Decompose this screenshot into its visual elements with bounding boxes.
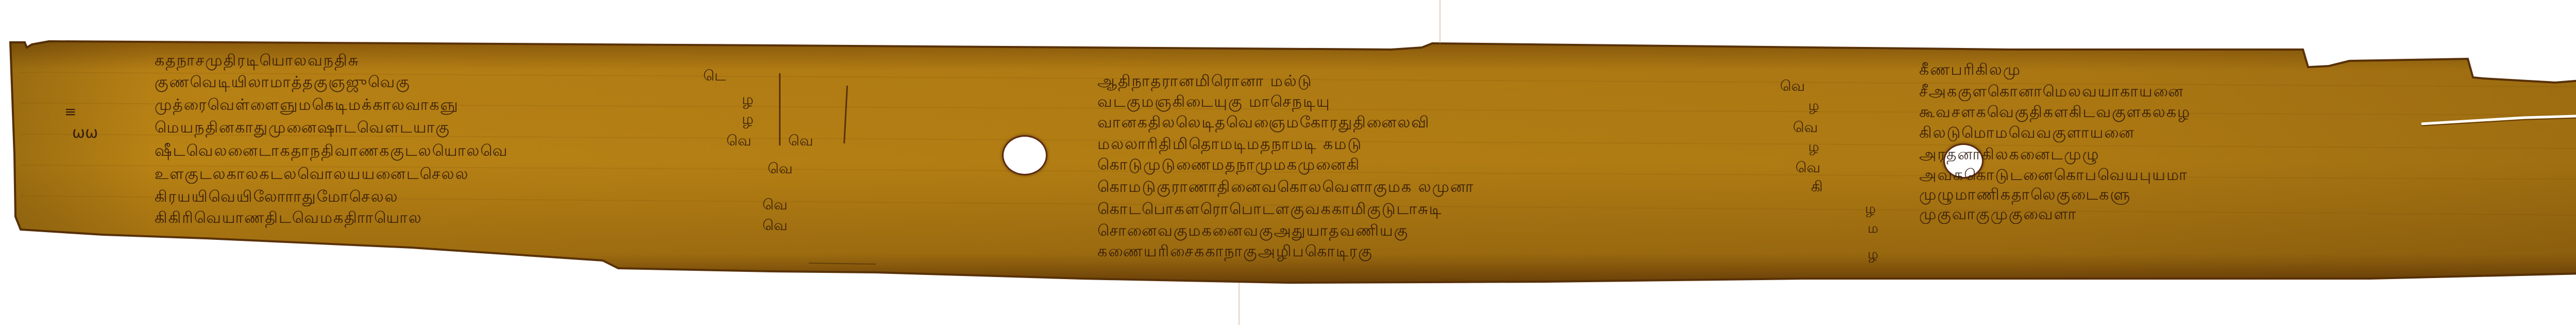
text-line: முழுமாணிகதாலெகுடைகளு bbox=[1919, 186, 2131, 206]
text-line: கொமடுகுராணாதினைவகொலவெளாகுமக லமுனா bbox=[1097, 178, 1475, 198]
line-end-mark: ழ bbox=[742, 91, 754, 110]
line-end-mark: வெ bbox=[726, 132, 752, 151]
line-end-mark: ழ bbox=[1865, 201, 1876, 218]
line-end-mark: வெ bbox=[762, 196, 788, 215]
text-line: அவககொடுடனைகொபவெயபுயமா bbox=[1919, 166, 2188, 186]
text-line: ஆதிநாதரானமிரொனா மல்டு bbox=[1097, 72, 1312, 92]
text-line: கீணபரிகிலமு bbox=[1919, 61, 2021, 81]
line-end-mark: வெ bbox=[1793, 119, 1818, 138]
text-line: குணவெடியிலாமாத்தகுஞஜுவெகு bbox=[155, 73, 411, 93]
text-line: மெயநதினகாதுமுனைஷாடவெளடயாகு bbox=[155, 119, 450, 139]
margin-mark-scribble: ωω bbox=[72, 124, 98, 142]
text-line: சீஅககுளகொனாமெலவயாகாயனை bbox=[1919, 83, 2184, 103]
line-end-mark: ழ bbox=[1808, 98, 1819, 115]
margin-mark-lines: ≡ bbox=[64, 103, 76, 120]
bracket-rule bbox=[779, 73, 781, 145]
line-end-mark: ழ bbox=[1868, 247, 1878, 264]
text-line: முத்ரைவெள்ளைஞுமகெடிமக்காலவாகஞு bbox=[155, 96, 459, 116]
text-line: கதநாசமுதிரடியொலவநதிசு bbox=[155, 52, 359, 72]
text-line: உளகுடலகாலகடலவொலயயனைடசெலல bbox=[155, 165, 469, 185]
text-line: கிரயயிவெயிலோாாதுமோசெலல bbox=[155, 188, 399, 208]
text-line: அரதனாகிலகனைடமுழு bbox=[1919, 145, 2100, 166]
line-end-mark: டெ bbox=[703, 67, 726, 86]
line-end-mark: வெ bbox=[762, 217, 788, 236]
line-end-mark: ழ bbox=[1808, 139, 1819, 156]
text-line: வானகதிலலெடிதவெஞைமகோரதுதினைலவி bbox=[1097, 113, 1430, 134]
text-line: வடகுமஞகிடையுகு மாசெநடியு bbox=[1097, 93, 1331, 113]
text-line: ஷீடவெலனைடாகதாநதிவாணககுடலயொலவெ bbox=[155, 142, 508, 162]
text-line: முகுவாகுமுகுவைளா bbox=[1919, 205, 2077, 225]
line-end-mark: வெ bbox=[788, 132, 814, 151]
line-end-mark: வெ bbox=[1780, 77, 1805, 96]
text-line: மலலாரிதிமிதொமடிமதநாமடி கமடு bbox=[1097, 135, 1362, 155]
binding-hole-left bbox=[1002, 135, 1047, 175]
line-end-mark: ழ bbox=[742, 110, 754, 129]
text-line: கிலடுமொமவெவகுளாயனை bbox=[1919, 124, 2135, 144]
text-line: சொனைவகுமகனைவகுஅதுயாதவணியகு bbox=[1097, 222, 1409, 242]
line-end-mark: கி bbox=[1811, 178, 1823, 197]
line-end-mark: ம bbox=[1868, 221, 1878, 238]
text-line: கொடபொகளரொபொடளகுவககாமிகுடுடாசுடி bbox=[1097, 200, 1443, 220]
text-line: கொடுமுடுணைமதநாமுமகமுனைகி bbox=[1097, 156, 1360, 176]
text-line: கிகிரிவெயாணதிடவெமகதிாாயொல bbox=[155, 209, 422, 229]
text-line: கணையரிசைககாநாகுஅழிபகொடிரகு bbox=[1097, 242, 1373, 263]
line-end-mark: வெ bbox=[768, 160, 793, 179]
text-line: கூவசளகவெகுதிகளகிடவகுளகலகழ bbox=[1919, 103, 2191, 123]
line-end-mark: வெ bbox=[1795, 159, 1821, 178]
